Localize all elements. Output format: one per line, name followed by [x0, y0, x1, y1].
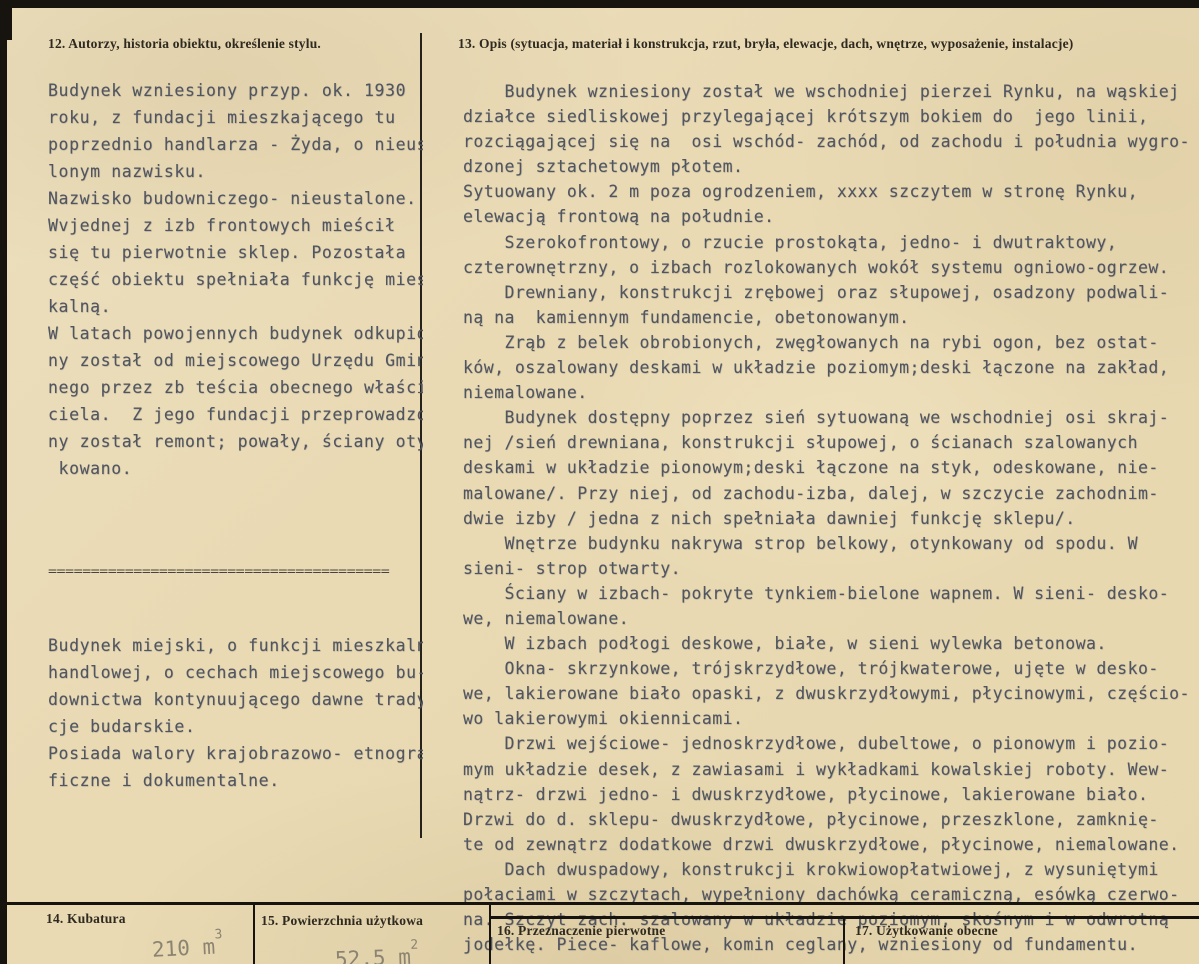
typed-line: Budynek miejski, o funkcji mieszkalno-	[48, 632, 423, 659]
typed-line: ków, oszalowany deskami w układzie pozio…	[463, 355, 1199, 380]
typed-line: cje budarskie.	[48, 713, 423, 740]
typed-line: działce siedliskowej przylegającej króts…	[463, 104, 1199, 129]
field-15-header: 15. Powierzchnia użytkowa	[261, 913, 423, 929]
field-15-value: 52,5 m2	[335, 945, 419, 964]
typed-line: rozciągającej się na osi wschód- zachód,…	[463, 129, 1199, 154]
typed-line: nego przez zb teścia obecnego właści-	[48, 374, 423, 401]
typed-line: handlowej, o cechach miejscowego bu-	[48, 659, 423, 686]
typed-line: poprzednio handlarza - Żyda, o nieusta-	[48, 131, 423, 158]
field-12-style-text: Budynek miejski, o funkcji mieszkalno-ha…	[48, 632, 423, 794]
typed-line: Drewniany, konstrukcji zrębowej oraz słu…	[463, 280, 1199, 305]
typed-line: Budynek wzniesiony przyp. ok. 1930	[48, 77, 423, 104]
powierzchnia-value: 52,5 m	[335, 945, 412, 964]
typed-line: nątrz- drzwi jedno- i dwuskrzydłowe, pły…	[463, 782, 1199, 807]
typed-line: we, niemalowane.	[463, 606, 1199, 631]
typed-line: czterownętrzny, o izbach rozlokowanych w…	[463, 255, 1199, 280]
typed-line: kalną.	[48, 293, 423, 320]
typed-line: ną na kamiennym fundamencie, obetonowany…	[463, 305, 1199, 330]
kubatura-unit-exponent: 3	[214, 927, 223, 942]
typed-line: ny został remont; powały, ściany otyn-	[48, 428, 423, 455]
typed-line: malowane/. Przy niej, od zachodu-izba, d…	[463, 481, 1199, 506]
field-16-header: 16. Przeznaczenie pierwotne	[497, 923, 665, 939]
typed-line: Budynek wzniesiony został we wschodniej …	[463, 79, 1199, 104]
typed-line: mym układzie desek, z zawiasami i wykład…	[463, 757, 1199, 782]
typed-line: W izbach podłogi deskowe, białe, w sieni…	[463, 631, 1199, 656]
typed-separator-line: ========================================	[48, 564, 422, 578]
typed-line: sieni- strop otwarty.	[463, 556, 1199, 581]
typed-line: Okna- skrzynkowe, trójskrzydłowe, trójkw…	[463, 656, 1199, 681]
typed-line: Nazwisko budowniczego- nieustalone.	[48, 185, 423, 212]
powierzchnia-unit-exponent: 2	[410, 938, 418, 953]
typed-line: roku, z fundacji mieszkającego tu	[48, 104, 423, 131]
typed-line: elewacją frontową na południe.	[463, 204, 1199, 229]
field-14-header: 14. Kubatura	[46, 911, 126, 927]
kubatura-value: 210 m	[151, 935, 215, 962]
typed-line: Drzwi wejściowe- jednoskrzydłowe, dubelt…	[463, 731, 1199, 756]
typed-line: się tu pierwotnie sklep. Pozostała	[48, 239, 423, 266]
typed-line: ny został od miejscowego Urzędu Gmin-	[48, 347, 423, 374]
typed-line: lonym nazwisku.	[48, 158, 423, 185]
typed-line: downictwa kontynuującego dawne trady-	[48, 686, 423, 713]
typed-line: niemalowane.	[463, 380, 1199, 405]
typed-line: Dach dwuspadowy, konstrukcji krokwiowopł…	[463, 857, 1199, 882]
divider-15-16	[489, 902, 491, 964]
scan-edge-top	[0, 0, 1199, 8]
field-13-description-text: Budynek wzniesiony został we wschodniej …	[463, 79, 1199, 957]
typed-line: część obiektu spełniała funkcję miesz-	[48, 266, 423, 293]
typed-line: nej /sień drewniana, konstrukcji słupowe…	[463, 430, 1199, 455]
document-page: { "section12": { "header": "12. Autorzy,…	[0, 0, 1199, 964]
typed-line: W latach powojennych budynek odkupio-	[48, 320, 423, 347]
typed-line: kowano.	[48, 455, 423, 482]
typed-line: dzonej sztachetowym płotem.	[463, 154, 1199, 179]
typed-line: Sytuowany ok. 2 m poza ogrodzeniem, xxxx…	[463, 179, 1199, 204]
typed-line: dwie izby / jedna z nich spełniała dawni…	[463, 506, 1199, 531]
typed-line: wo lakierowymi okiennicami.	[463, 706, 1199, 731]
field-13-header: 13. Opis (sytuacja, materiał i konstrukc…	[458, 36, 1073, 52]
typed-line: Posiada walory krajobrazowo- etnogra-	[48, 740, 423, 767]
scan-edge-left	[0, 0, 7, 964]
field-14-value: 210 m3	[151, 934, 223, 962]
typed-line: we, lakierowane biało opaski, z dwuskrzy…	[463, 681, 1199, 706]
typed-line: Zrąb z belek obrobionych, zwęgłowanych n…	[463, 330, 1199, 355]
field-12-history-text: Budynek wzniesiony przyp. ok. 1930roku, …	[48, 77, 423, 482]
typed-line: Wvjednej z izb frontowych mieścił	[48, 212, 423, 239]
divider-14-15	[253, 902, 255, 964]
field-12-header: 12. Autorzy, historia obiektu, określeni…	[48, 36, 321, 52]
typed-line: Drzwi do d. sklepu- dwuskrzydłowe, płyci…	[463, 807, 1199, 832]
typed-line: Ściany w izbach- pokryte tynkiem-bielone…	[463, 581, 1199, 606]
typed-line: Budynek dostępny poprzez sień sytuowaną …	[463, 405, 1199, 430]
divider-16-17	[843, 916, 845, 964]
typed-line: ficzne i dokumentalne.	[48, 767, 423, 794]
typed-line: te od zewnątrz dodatkowe drzwi dwuskrzyd…	[463, 832, 1199, 857]
typed-line: Wnętrze budynku nakrywa strop belkowy, o…	[463, 531, 1199, 556]
bottom-table-top-rule	[0, 902, 1199, 905]
scan-edge-corner	[0, 0, 12, 40]
typed-line: deskami w układzie pionowym;deski łączon…	[463, 455, 1199, 480]
typed-line: Szerokofrontowy, o rzucie prostokąta, je…	[463, 230, 1199, 255]
typed-line: ciela. Z jego fundacji przeprowadzo-	[48, 401, 423, 428]
field-17-header: 17. Użytkowanie obecne	[855, 923, 998, 939]
